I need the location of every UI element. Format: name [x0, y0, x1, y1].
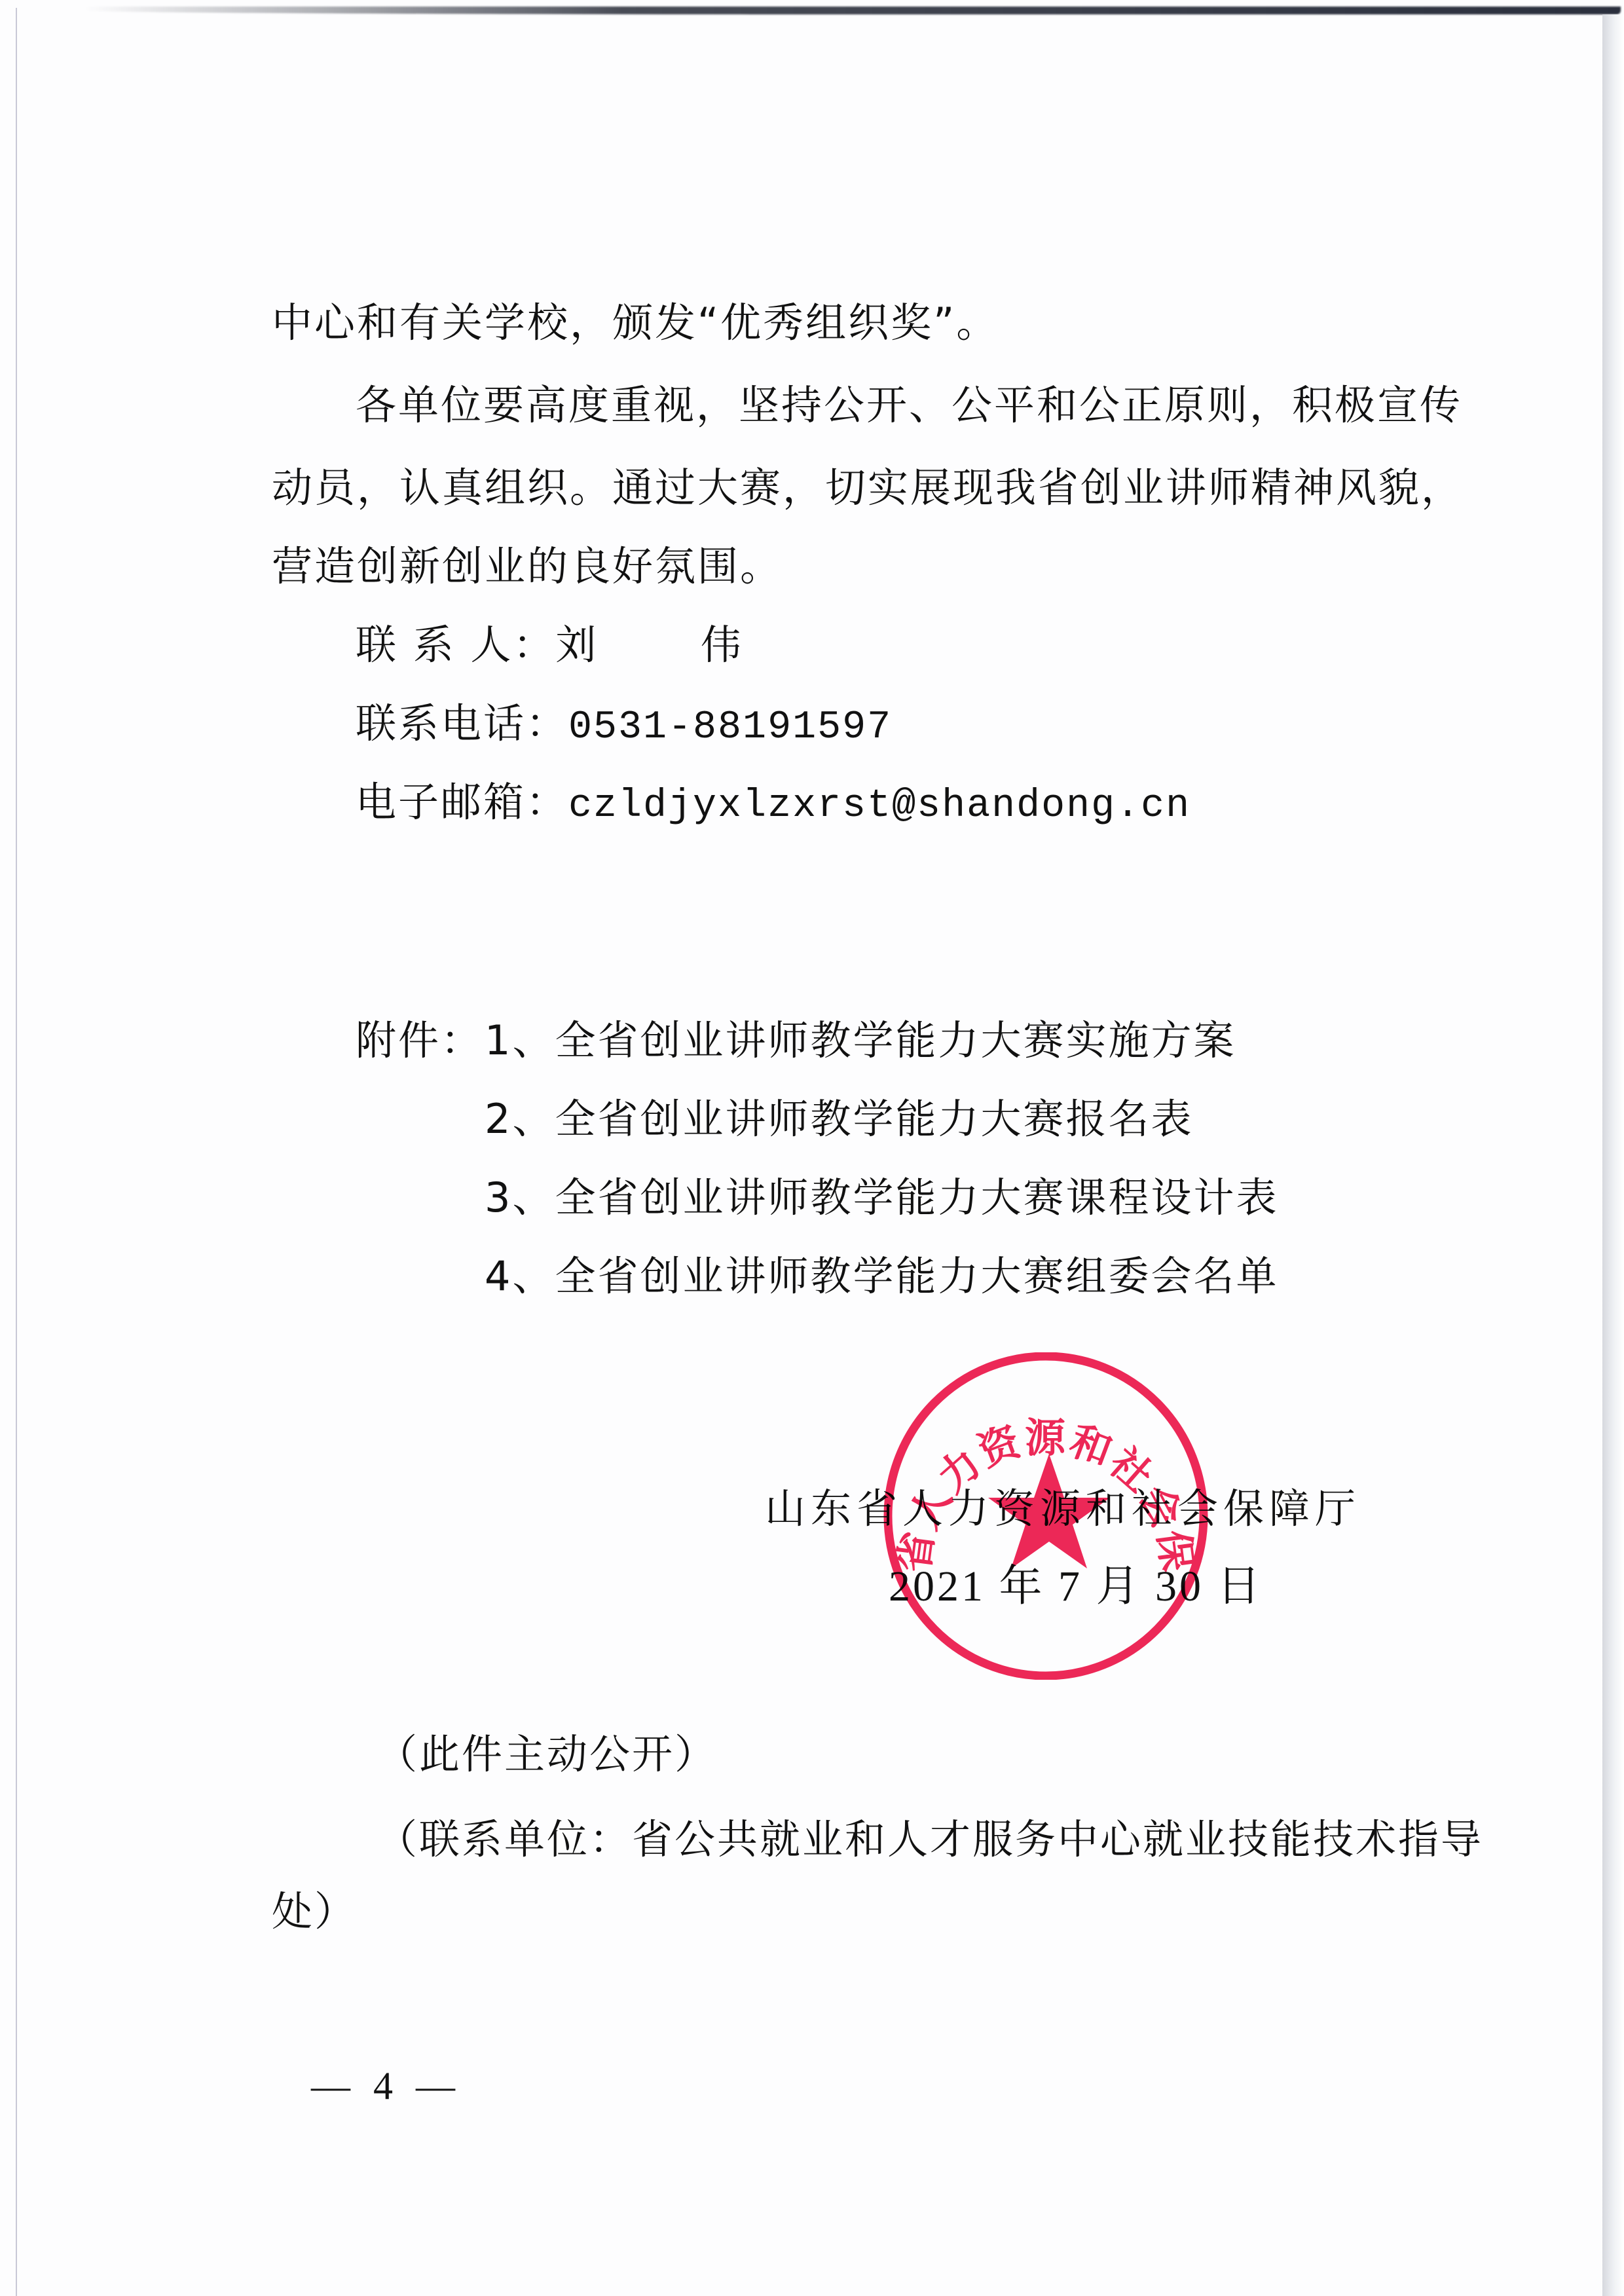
contact-phone: 联系电话：0531-88191597	[356, 703, 892, 747]
contact-phone-value: 0531-88191597	[568, 705, 892, 750]
contact-email-label: 电子邮箱：	[356, 782, 568, 823]
scan-edge-shadow-top	[85, 7, 1621, 14]
body-paragraph-line: 各单位要高度重视，坚持公开、公平和公正原则，积极宣传	[356, 385, 1462, 426]
body-paragraph-line: 营造创新创业的良好氛围。	[272, 546, 783, 587]
contact-email-value: czldjyxlzxrst@shandong.cn	[568, 784, 1190, 828]
contact-unit-note: （联系单位：省公共就业和人才服务中心就业技能技术指导	[377, 1819, 1483, 1860]
page-number: — 4 —	[311, 2066, 462, 2105]
issue-date: 2021 年 7 月 30 日	[889, 1565, 1263, 1608]
attachments-label: 附件：	[356, 1020, 483, 1061]
disclosure-note: （此件主动公开）	[377, 1734, 717, 1775]
body-paragraph-line: 中心和有关学校，颁发“优秀组织奖”。	[272, 303, 999, 343]
attachment-item: 2、全省创业讲师教学能力大赛报名表	[485, 1099, 1193, 1139]
svg-text:山东省人力资源和社会保障厅: 山东省人力资源和社会保障厅	[883, 1352, 1202, 1575]
issuer-signature: 山东省人力资源和社会保障厅	[765, 1489, 1361, 1529]
body-paragraph-line: 动员，认真组织。通过大赛，切实展现我省创业讲师精神风貌，	[272, 468, 1464, 508]
contact-person-value: 刘 伟	[555, 621, 767, 669]
contact-unit-note-continued: 处）	[272, 1891, 357, 1932]
scan-edge-left	[16, 8, 17, 2296]
attachment-item: 3、全省创业讲师教学能力大赛课程设计表	[485, 1177, 1278, 1218]
seal-text: 山东省人力资源和社会保障厅	[883, 1352, 1202, 1575]
contact-email: 电子邮箱：czldjyxlzxrst@shandong.cn	[356, 782, 1190, 826]
attachment-item: 1、全省创业讲师教学能力大赛实施方案	[485, 1020, 1236, 1061]
document-page: 中心和有关学校，颁发“优秀组织奖”。 各单位要高度重视，坚持公开、公平和公正原则…	[0, 0, 1624, 2296]
attachment-item: 4、全省创业讲师教学能力大赛组委会名单	[485, 1256, 1278, 1297]
contact-person: 联 系 人：刘 伟	[356, 625, 767, 665]
contact-phone-label: 联系电话：	[356, 703, 568, 744]
contact-person-label: 联 系 人：	[356, 625, 555, 665]
scan-edge-right	[1602, 14, 1624, 2296]
